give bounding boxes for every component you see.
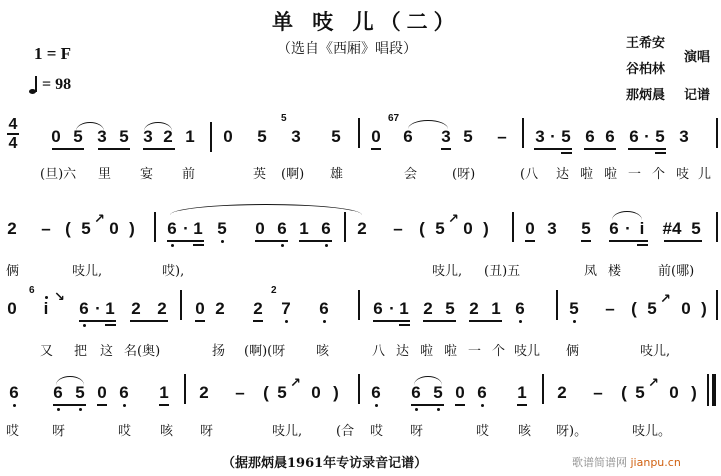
note: 5 [80, 220, 92, 238]
watermark-site: jianpu.cn [631, 456, 681, 469]
note: 5 [646, 300, 658, 318]
tempo-value: = 98 [42, 76, 71, 93]
singer-1: 王希安 [626, 32, 665, 51]
note: – [604, 300, 616, 318]
lyric: 咳 [518, 420, 531, 439]
note: 0 [680, 300, 692, 318]
note: 1 [104, 300, 116, 318]
note: 0 [370, 128, 382, 146]
note: 3 [546, 220, 558, 238]
note: ) [480, 220, 492, 238]
note: 5 [74, 384, 86, 402]
lyric: 哎 [118, 420, 131, 439]
note: 5 [462, 128, 474, 146]
note: 6 [410, 384, 422, 402]
note: 1 [184, 128, 196, 146]
lyric: 啦 [420, 340, 433, 359]
lyric: (呀) [452, 163, 475, 182]
note: 0 [96, 384, 108, 402]
note: 0 [454, 384, 466, 402]
note: 6 [52, 384, 64, 402]
note: 6 [370, 384, 382, 402]
note: 1 [298, 220, 310, 238]
grace-note: 2 [271, 286, 277, 296]
note: ( [260, 384, 272, 402]
note: 5 [634, 384, 646, 402]
note: 2 [556, 384, 568, 402]
grace-note: 5 [281, 114, 287, 124]
note: 2 [162, 128, 174, 146]
note: i [40, 300, 52, 318]
lyric: (丑)五 [484, 260, 520, 279]
note: · [622, 220, 634, 238]
note: 2 [214, 300, 226, 318]
lyric: 吱儿, [432, 260, 462, 279]
lyric: 又 [40, 340, 53, 359]
note: 6 [118, 384, 130, 402]
note: 2 [6, 220, 18, 238]
note: 5 [432, 384, 444, 402]
watermark-cn: 歌谱简谱网 [572, 456, 627, 469]
note: 6 [584, 128, 596, 146]
lyric: 里 [98, 163, 111, 182]
note: · [547, 128, 559, 146]
note: 3 [142, 128, 154, 146]
lyric: 个 [652, 163, 665, 182]
glide-arrow-icon: ↗ [94, 212, 105, 227]
watermark: 歌谱简谱网 jianpu.cn [572, 454, 681, 470]
lyric: 啦 [604, 163, 617, 182]
lyric: 吱儿, [640, 340, 670, 359]
transcriber-role: 记谱 [684, 84, 710, 103]
grace-note: 67 [388, 114, 399, 124]
note: – [496, 128, 508, 146]
note: 3 [534, 128, 546, 146]
note: – [234, 384, 246, 402]
note: – [392, 220, 404, 238]
lyric: 达 [556, 163, 569, 182]
note: 1 [398, 300, 410, 318]
glide-down-arrow-icon: ↘ [54, 290, 65, 305]
lyric: 呀)。 [556, 420, 587, 439]
song-title: 单 吱 儿（二） [272, 6, 461, 36]
glide-arrow-icon: ↗ [448, 212, 459, 227]
lyric: 一 [468, 340, 481, 359]
lyric: 个 [492, 340, 505, 359]
lyric: 呀 [410, 420, 423, 439]
note: i [636, 220, 648, 238]
lyric: 俩 [566, 340, 579, 359]
note: 0 [6, 300, 18, 318]
note: 5 [654, 128, 666, 146]
note: 1 [516, 384, 528, 402]
note: 6 [78, 300, 90, 318]
key-signature: 1 = F [34, 44, 71, 64]
note: 1 [158, 384, 170, 402]
lyric: 英 [253, 163, 266, 182]
singer-2: 谷柏林 [626, 58, 665, 77]
lyric: 咳 [316, 340, 329, 359]
lyric: (旦)六 [40, 163, 76, 182]
note: 3 [678, 128, 690, 146]
lyric: (啊)(呀 [244, 340, 285, 359]
note: 6 [276, 220, 288, 238]
note: 0 [50, 128, 62, 146]
note: 6 [476, 384, 488, 402]
glide-arrow-icon: ↗ [660, 292, 671, 307]
note: 6 [402, 128, 414, 146]
lyric: 会 [404, 163, 417, 182]
lyric: 呀 [52, 420, 65, 439]
note: 2 [422, 300, 434, 318]
note: ) [688, 384, 700, 402]
note: 7 [280, 300, 292, 318]
note: ( [62, 220, 74, 238]
note: · [641, 128, 653, 146]
note: 5 [216, 220, 228, 238]
note: – [40, 220, 52, 238]
song-subtitle: （选自《西厢》唱段） [277, 38, 417, 58]
note: 6 [514, 300, 526, 318]
note: 0 [668, 384, 680, 402]
lyric: (合 [336, 420, 354, 439]
lyric: 吱儿, [272, 420, 302, 439]
final-barline [712, 374, 716, 406]
note: 2 [468, 300, 480, 318]
glide-arrow-icon: ↗ [290, 376, 301, 391]
note: 5 [434, 220, 446, 238]
tempo-marking: = 98 [28, 76, 71, 94]
note: 0 [310, 384, 322, 402]
lyric: 达 [396, 340, 409, 359]
note: 6 [320, 220, 332, 238]
note: 5 [568, 300, 580, 318]
lyric: 前(哪) [658, 260, 694, 279]
lyric: 八 [372, 340, 385, 359]
note: ( [416, 220, 428, 238]
lyric: 吱 [676, 163, 689, 182]
lyric: 楼 [608, 260, 621, 279]
note: 2 [252, 300, 264, 318]
lyric: 哎 [370, 420, 383, 439]
lyric: 儿 [698, 163, 711, 182]
note: ) [126, 220, 138, 238]
lyric: 吱儿 [514, 340, 540, 359]
note: 5 [560, 128, 572, 146]
lyric: 前 [182, 163, 195, 182]
note: 3 [96, 128, 108, 146]
lyric: 扬 [212, 340, 225, 359]
note: 6 [8, 384, 20, 402]
note: 2 [198, 384, 210, 402]
note: – [592, 384, 604, 402]
note: 6 [372, 300, 384, 318]
lyric: 宴 [140, 163, 153, 182]
quarter-note-icon [28, 76, 38, 94]
lyric: 咳 [160, 420, 173, 439]
note: 6 [628, 128, 640, 146]
note: 0 [108, 220, 120, 238]
note: 0 [462, 220, 474, 238]
note: 2 [156, 300, 168, 318]
note: · [92, 300, 104, 318]
note: · [386, 300, 398, 318]
lyric: 俩 [6, 260, 19, 279]
note: 5 [118, 128, 130, 146]
note: 0 [254, 220, 266, 238]
note: 3 [440, 128, 452, 146]
transcriber: 那炳晨 [626, 84, 665, 103]
lyric: 哎 [476, 420, 489, 439]
lyric: (八 [520, 163, 538, 182]
note: 2 [130, 300, 142, 318]
lyric: 凤 [584, 260, 597, 279]
lyric: 吱儿。 [632, 420, 671, 439]
note: 0 [222, 128, 234, 146]
note: 6 [608, 220, 620, 238]
grace-note: 6 [29, 286, 35, 296]
note: 5 [580, 220, 592, 238]
note: 3 [290, 128, 302, 146]
lyric: 哎), [162, 260, 184, 279]
glide-arrow-icon: ↗ [648, 376, 659, 391]
time-signature: 4 4 [7, 116, 19, 152]
singers-role: 演唱 [684, 46, 710, 65]
note: ) [330, 384, 342, 402]
note: 0 [194, 300, 206, 318]
note: 5 [444, 300, 456, 318]
note: #4 [662, 220, 682, 238]
note: ) [698, 300, 710, 318]
note: 5 [330, 128, 342, 146]
lyric: 呀 [200, 420, 213, 439]
lyric: 把 [74, 340, 87, 359]
lyric: 一 [628, 163, 641, 182]
lyric: 啦 [580, 163, 593, 182]
note: 1 [192, 220, 204, 238]
note: ( [618, 384, 630, 402]
lyric: (啊) [281, 163, 304, 182]
note: · [180, 220, 192, 238]
lyric: 雄 [330, 163, 343, 182]
note: 5 [690, 220, 702, 238]
source-note: （据那炳晨1961年专访录音记谱） [222, 452, 427, 471]
lyric: 这 [100, 340, 113, 359]
note: 5 [276, 384, 288, 402]
note: 1 [490, 300, 502, 318]
note: 6 [318, 300, 330, 318]
note: 2 [356, 220, 368, 238]
note: 6 [166, 220, 178, 238]
note: 0 [524, 220, 536, 238]
lyric: 啦 [444, 340, 457, 359]
lyric: 哎 [6, 420, 19, 439]
lyric: 吱儿, [72, 260, 102, 279]
note: ( [628, 300, 640, 318]
note: 5 [256, 128, 268, 146]
lyric: 名(奥) [124, 340, 160, 359]
note: 6 [604, 128, 616, 146]
